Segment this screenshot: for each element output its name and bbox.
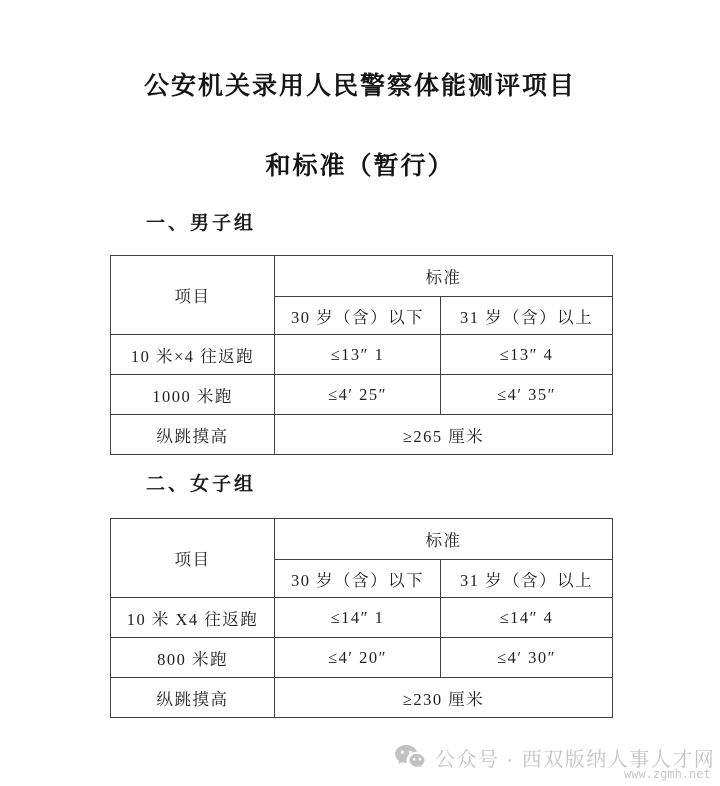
row-value-over31: ≤4′ 30″ bbox=[441, 638, 613, 678]
row-item-label: 10 米×4 往返跑 bbox=[111, 335, 275, 375]
doc-title-line1: 公安机关录用人民警察体能测评项目 bbox=[0, 66, 720, 102]
row-item-label: 纵跳摸高 bbox=[111, 678, 275, 718]
row-item-label: 纵跳摸高 bbox=[111, 415, 275, 455]
row-value-under30: ≤13″ 1 bbox=[275, 335, 441, 375]
row-value-over31: ≤13″ 4 bbox=[441, 335, 613, 375]
women-row-jump-reach: 纵跳摸高 ≥230 厘米 bbox=[111, 678, 613, 718]
women-row-shuttle-run: 10 米 X4 往返跑 ≤14″ 1 ≤14″ 4 bbox=[111, 598, 613, 638]
row-value-under30: ≤14″ 1 bbox=[275, 598, 441, 638]
women-row-distance-run: 800 米跑 ≤4′ 20″ ≤4′ 30″ bbox=[111, 638, 613, 678]
men-col-header-age-over: 31 岁（含）以上 bbox=[441, 297, 613, 335]
men-col-header-age-under: 30 岁（含）以下 bbox=[275, 297, 441, 335]
row-value-over31: ≤4′ 35″ bbox=[441, 375, 613, 415]
section-heading-women: 二、女子组 bbox=[146, 469, 256, 496]
row-value-under30: ≤4′ 20″ bbox=[275, 638, 441, 678]
women-standards-table: 项目 标准 30 岁（含）以下 31 岁（含）以上 10 米 X4 往返跑 ≤1… bbox=[110, 518, 613, 718]
doc-title-line2: 和标准（暂行） bbox=[0, 146, 720, 182]
women-col-header-age-over: 31 岁（含）以上 bbox=[441, 560, 613, 598]
men-standards-table: 项目 标准 30 岁（含）以下 31 岁（含）以上 10 米×4 往返跑 ≤13… bbox=[110, 255, 613, 455]
men-header-row-1: 项目 标准 bbox=[111, 256, 613, 297]
men-row-distance-run: 1000 米跑 ≤4′ 25″ ≤4′ 35″ bbox=[111, 375, 613, 415]
men-col-header-standard: 标准 bbox=[275, 256, 613, 297]
women-col-header-age-under: 30 岁（含）以下 bbox=[275, 560, 441, 598]
row-value-combined: ≥265 厘米 bbox=[275, 415, 613, 455]
footer-website: www.zgmh.net bbox=[624, 767, 711, 781]
women-col-header-item: 项目 bbox=[111, 519, 275, 598]
row-value-combined: ≥230 厘米 bbox=[275, 678, 613, 718]
document-page: { "title": { "line1": "公安机关录用人民警察体能测评项目"… bbox=[0, 0, 720, 786]
row-value-under30: ≤4′ 25″ bbox=[275, 375, 441, 415]
men-row-shuttle-run: 10 米×4 往返跑 ≤13″ 1 ≤13″ 4 bbox=[111, 335, 613, 375]
wechat-icon bbox=[394, 744, 426, 770]
row-item-label: 1000 米跑 bbox=[111, 375, 275, 415]
men-row-jump-reach: 纵跳摸高 ≥265 厘米 bbox=[111, 415, 613, 455]
women-col-header-standard: 标准 bbox=[275, 519, 613, 560]
row-item-label: 800 米跑 bbox=[111, 638, 275, 678]
section-heading-men: 一、男子组 bbox=[146, 208, 256, 235]
row-value-over31: ≤14″ 4 bbox=[441, 598, 613, 638]
men-col-header-item: 项目 bbox=[111, 256, 275, 335]
row-item-label: 10 米 X4 往返跑 bbox=[111, 598, 275, 638]
women-header-row-1: 项目 标准 bbox=[111, 519, 613, 560]
